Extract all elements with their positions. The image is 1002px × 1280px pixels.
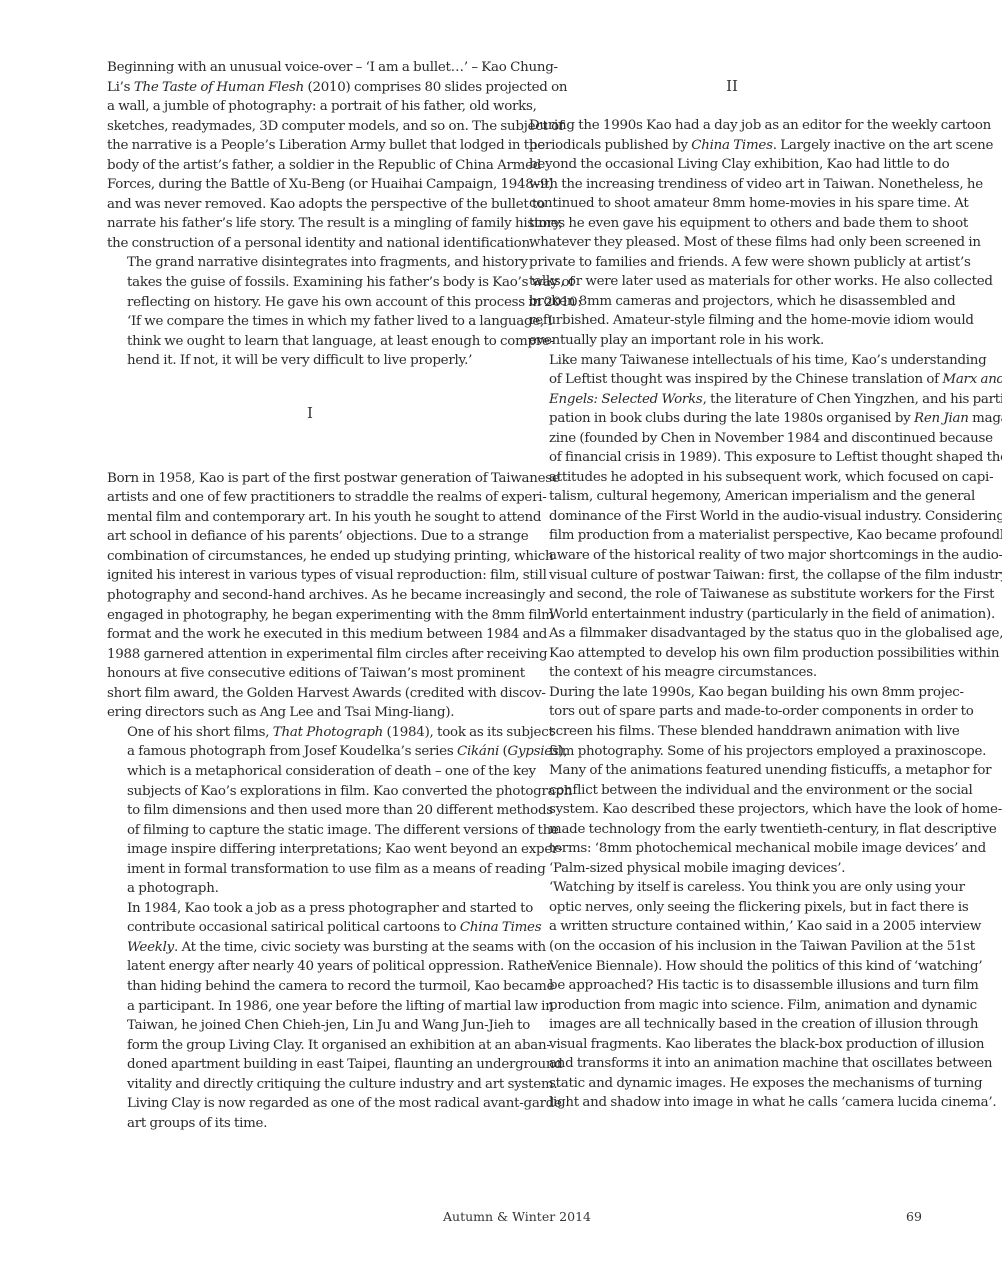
text-line: times he even gave his equipment to othe… [529, 214, 935, 234]
text-line: whatever they pleased. Most of these fil… [529, 233, 935, 253]
text-line: light and shadow into image in what he c… [529, 1093, 935, 1113]
text-line: (on the occasion of his inclusion in the… [529, 937, 935, 957]
text-line: system. Kao described these projectors, … [529, 800, 935, 820]
paragraph: One of his short films, That Photograph … [107, 723, 513, 899]
text-line: static and dynamic images. He exposes th… [529, 1074, 935, 1094]
text-line: and transforms it into an animation mach… [529, 1054, 935, 1074]
text-line: production from magic into science. Film… [529, 996, 935, 1016]
text-line: ‘Palm-sized physical mobile imaging devi… [529, 859, 935, 879]
text-line: ‘If we compare the times in which my fat… [107, 312, 513, 332]
text-line: to film dimensions and then used more th… [107, 801, 513, 821]
text-line: form the group Living Clay. It organised… [107, 1036, 513, 1056]
section-I: Born in 1958, Kao is part of the first p… [107, 469, 513, 1134]
text-line: a famous photograph from Josef Koudelka’… [107, 742, 513, 762]
text-line: eventually play an important role in his… [529, 331, 935, 351]
text-line: optic nerves, only seeing the flickering… [529, 898, 935, 918]
text-line: continued to shoot amateur 8mm home-movi… [529, 194, 935, 214]
text-line: screen his films. These blended handdraw… [529, 722, 935, 742]
text-line: a photograph. [107, 879, 513, 899]
text-line: of filming to capture the static image. … [107, 821, 513, 841]
text-line: ‘Watching by itself is careless. You thi… [529, 878, 935, 898]
text-line: Kao attempted to develop his own film pr… [529, 644, 935, 664]
paragraph: Beginning with an unusual voice-over – ‘… [107, 58, 513, 253]
text-line: Weekly. At the time, civic society was b… [107, 938, 513, 958]
text-line: private to families and friends. A few w… [529, 253, 935, 273]
footer-issue-label: Autumn & Winter 2014 [443, 1209, 591, 1224]
text-line: short film award, the Golden Harvest Awa… [107, 684, 513, 704]
left-column: Beginning with an unusual voice-over – ‘… [107, 58, 513, 1133]
text-line: iment in formal transformation to use fi… [107, 860, 513, 880]
paragraph: In 1984, Kao took a job as a press photo… [107, 899, 513, 1134]
text-line: film production from a materialist persp… [529, 526, 935, 546]
text-line: In 1984, Kao took a job as a press photo… [107, 899, 513, 919]
text-line: latent energy after nearly 40 years of p… [107, 957, 513, 977]
text-line: honours at five consecutive editions of … [107, 664, 513, 684]
text-line: ignited his interest in various types of… [107, 566, 513, 586]
text-line: contribute occasional satirical politica… [107, 918, 513, 938]
text-line: dominance of the First World in the audi… [529, 507, 935, 527]
text-line: One of his short films, That Photograph … [107, 723, 513, 743]
text-line: body of the artist’s father, a soldier i… [107, 156, 513, 176]
section-II: During the 1990s Kao had a day job as an… [529, 116, 935, 1113]
text-line: During the late 1990s, Kao began buildin… [529, 683, 935, 703]
paragraph: Born in 1958, Kao is part of the first p… [107, 469, 513, 723]
text-line: zine (founded by Chen in November 1984 a… [529, 429, 935, 449]
text-line: Beginning with an unusual voice-over – ‘… [107, 58, 513, 78]
text-line: broken 8mm cameras and projectors, which… [529, 292, 935, 312]
text-line: terms: ‘8mm photochemical mechanical mob… [529, 839, 935, 859]
text-line: the context of his meagre circumstances. [529, 663, 935, 683]
text-line: of financial crisis in 1989). This expos… [529, 448, 935, 468]
text-line: World entertainment industry (particular… [529, 605, 935, 625]
text-line: conflict between the individual and the … [529, 781, 935, 801]
paragraph: ‘Watching by itself is careless. You thi… [529, 878, 935, 1113]
paragraph: Like many Taiwanese intellectuals of his… [529, 351, 935, 683]
text-line: Forces, during the Battle of Xu-Beng (or… [107, 175, 513, 195]
text-line: which is a metaphorical consideration of… [107, 762, 513, 782]
text-line: and second, the role of Taiwanese as sub… [529, 585, 935, 605]
text-line: than hiding behind the camera to record … [107, 977, 513, 997]
text-line: with the increasing trendiness of video … [529, 175, 935, 195]
text-line: the construction of a personal identity … [107, 234, 513, 254]
text-line: combination of circumstances, he ended u… [107, 547, 513, 567]
right-column: During the 1990s Kao had a day job as an… [529, 116, 935, 1113]
text-line: As a filmmaker disadvantaged by the stat… [529, 624, 935, 644]
text-line: a written structure contained within,’ K… [529, 917, 935, 937]
text-line: 1988 garnered attention in experimental … [107, 645, 513, 665]
text-line: takes the guise of fossils. Examining hi… [107, 273, 513, 293]
text-line: artists and one of few practitioners to … [107, 488, 513, 508]
text-line: Many of the animations featured unending… [529, 761, 935, 781]
text-line: narrate his father’s life story. The res… [107, 214, 513, 234]
text-line: art groups of its time. [107, 1114, 513, 1134]
text-line: sketches, readymades, 3D computer models… [107, 117, 513, 137]
text-line: visual culture of postwar Taiwan: first,… [529, 566, 935, 586]
text-line: Born in 1958, Kao is part of the first p… [107, 469, 513, 489]
text-line: vitality and directly critiquing the cul… [107, 1075, 513, 1095]
text-line: Li’s The Taste of Human Flesh (2010) com… [107, 78, 513, 98]
paragraph: During the 1990s Kao had a day job as an… [529, 116, 935, 351]
text-line: Venice Biennale). How should the politic… [529, 957, 935, 977]
text-line: doned apartment building in east Taipei,… [107, 1055, 513, 1075]
section-heading-II: II [529, 77, 935, 95]
text-line: pation in book clubs during the late 198… [529, 409, 935, 429]
text-line: format and the work he executed in this … [107, 625, 513, 645]
text-line: a wall, a jumble of photography: a portr… [107, 97, 513, 117]
text-line: photography and second-hand archives. As… [107, 586, 513, 606]
text-line: talism, cultural hegemony, American impe… [529, 487, 935, 507]
paragraph: During the late 1990s, Kao began buildin… [529, 683, 935, 878]
text-line: made technology from the early twentieth… [529, 820, 935, 840]
text-line: visual fragments. Kao liberates the blac… [529, 1035, 935, 1055]
text-line: During the 1990s Kao had a day job as an… [529, 116, 935, 136]
text-line: beyond the occasional Living Clay exhibi… [529, 155, 935, 175]
text-line: attitudes he adopted in his subsequent w… [529, 468, 935, 488]
text-line: Living Clay is now regarded as one of th… [107, 1094, 513, 1114]
text-line: refurbished. Amateur-style filming and t… [529, 311, 935, 331]
text-line: image inspire differing interpretations;… [107, 840, 513, 860]
text-line: Engels: Selected Works, the literature o… [529, 390, 935, 410]
text-line: think we ought to learn that language, a… [107, 332, 513, 352]
page-number: 69 [906, 1209, 922, 1224]
text-line: images are all technically based in the … [529, 1015, 935, 1035]
text-line: reflecting on history. He gave his own a… [107, 293, 513, 313]
text-line: tors out of spare parts and made-to-orde… [529, 702, 935, 722]
section-heading-I: I [107, 404, 513, 422]
text-line: periodicals published by China Times. La… [529, 136, 935, 156]
text-line: aware of the historical reality of two m… [529, 546, 935, 566]
text-line: The grand narrative disintegrates into f… [107, 253, 513, 273]
text-line: subjects of Kao’s explorations in film. … [107, 782, 513, 802]
paragraph: The grand narrative disintegrates into f… [107, 253, 513, 370]
text-line: a participant. In 1986, one year before … [107, 997, 513, 1017]
text-line: be approached? His tactic is to disassem… [529, 976, 935, 996]
text-line: Taiwan, he joined Chen Chieh-jen, Lin Ju… [107, 1016, 513, 1036]
text-line: art school in defiance of his parents’ o… [107, 527, 513, 547]
text-line: film photography. Some of his projectors… [529, 742, 935, 762]
text-line: ering directors such as Ang Lee and Tsai… [107, 703, 513, 723]
text-line: Like many Taiwanese intellectuals of his… [529, 351, 935, 371]
text-line: of Leftist thought was inspired by the C… [529, 370, 935, 390]
intro-section: Beginning with an unusual voice-over – ‘… [107, 58, 513, 371]
text-line: engaged in photography, he began experim… [107, 606, 513, 626]
text-line: hend it. If not, it will be very difficu… [107, 351, 513, 371]
text-line: and was never removed. Kao adopts the pe… [107, 195, 513, 215]
text-line: talks, or were later used as materials f… [529, 272, 935, 292]
text-line: mental film and contemporary art. In his… [107, 508, 513, 528]
text-line: the narrative is a People’s Liberation A… [107, 136, 513, 156]
